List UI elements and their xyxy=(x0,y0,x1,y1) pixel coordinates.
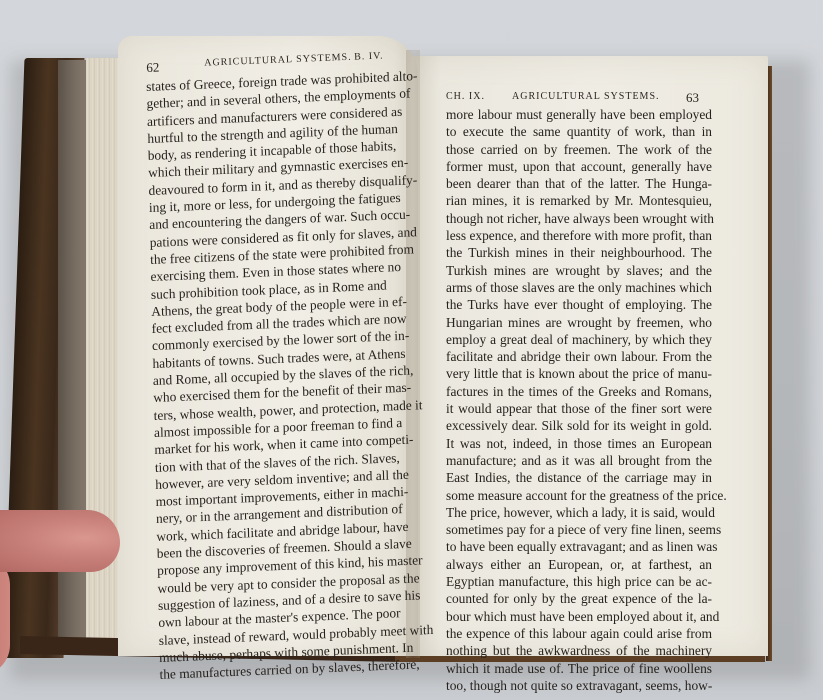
right-page-number: 63 xyxy=(686,90,699,106)
text-line: it would appear that those of the finer … xyxy=(446,400,712,417)
text-line: less expence, and therefore with more pr… xyxy=(446,227,712,244)
text-line: facilitate and abridge their own labour.… xyxy=(446,348,712,365)
text-line: bour which must have been employed about… xyxy=(446,608,712,625)
text-line: nothing but the awkwardness of the machi… xyxy=(446,642,712,659)
text-line: too, though not quite so extravagant, se… xyxy=(446,677,712,694)
text-line: sometimes pay for a piece of very fine l… xyxy=(446,521,712,538)
text-line: arms of those slaves are the only machin… xyxy=(446,279,712,296)
text-line: Hungarian mines are wrought by freemen, … xyxy=(446,314,712,331)
text-line: more labour must generally have been emp… xyxy=(446,106,712,123)
text-line: to have been equally extravagant; and as… xyxy=(446,538,712,555)
right-page-body: more labour must generally have been emp… xyxy=(446,106,712,694)
text-line: the Turkish mines in their neighbourhood… xyxy=(446,244,712,261)
left-page-body: states of Greece, foreign trade was proh… xyxy=(146,69,396,684)
text-line: East Indies, the distance of the carriag… xyxy=(446,469,712,486)
text-line: been dearer than that of the latter. The… xyxy=(446,175,712,192)
right-section-label: CH. IX. xyxy=(446,91,485,102)
text-line: very little that is known about the pric… xyxy=(446,365,712,382)
right-running-head: AGRICULTURAL SYSTEMS. xyxy=(512,91,660,102)
text-line: those carried on by freemen. The work of… xyxy=(446,141,712,158)
text-line: though not richer, have always been wrou… xyxy=(446,210,712,227)
text-line: some measure account for the greatness o… xyxy=(446,487,712,504)
text-line: It was not, indeed, in those times an Eu… xyxy=(446,435,712,452)
text-line: always either an European, or, at farthe… xyxy=(446,556,712,573)
finger xyxy=(0,510,120,572)
text-line: to execute the same quantity of work, th… xyxy=(446,123,712,140)
text-line: rian mines, it is remarked by Mr. Montes… xyxy=(446,192,712,209)
text-line: Turkish mines are wrought by slaves; and… xyxy=(446,262,712,279)
text-line: the expence of this labour again could a… xyxy=(446,625,712,642)
left-section-label: B. IV. xyxy=(354,50,384,62)
left-page-number: 62 xyxy=(146,59,160,76)
left-running-head: AGRICULTURAL SYSTEMS. xyxy=(204,52,352,69)
text-line: factures in the times of the Greeks and … xyxy=(446,383,712,400)
text-line: former must, upon that account, generall… xyxy=(446,158,712,175)
text-line: the Turks have ever thought of employing… xyxy=(446,296,712,313)
text-line: Egyptian manufacture, this high price ca… xyxy=(446,573,712,590)
text-line: counted for only by the great expence of… xyxy=(446,590,712,607)
text-line: The price, however, which a lady, it is … xyxy=(446,504,712,521)
text-line: employ a great deal of machinery, by whi… xyxy=(446,331,712,348)
text-line: manufacture; and as it was all brought f… xyxy=(446,452,712,469)
text-line: excessively dear. Silk sold for its weig… xyxy=(446,417,712,434)
text-line: which it made use of. The price of fine … xyxy=(446,660,712,677)
